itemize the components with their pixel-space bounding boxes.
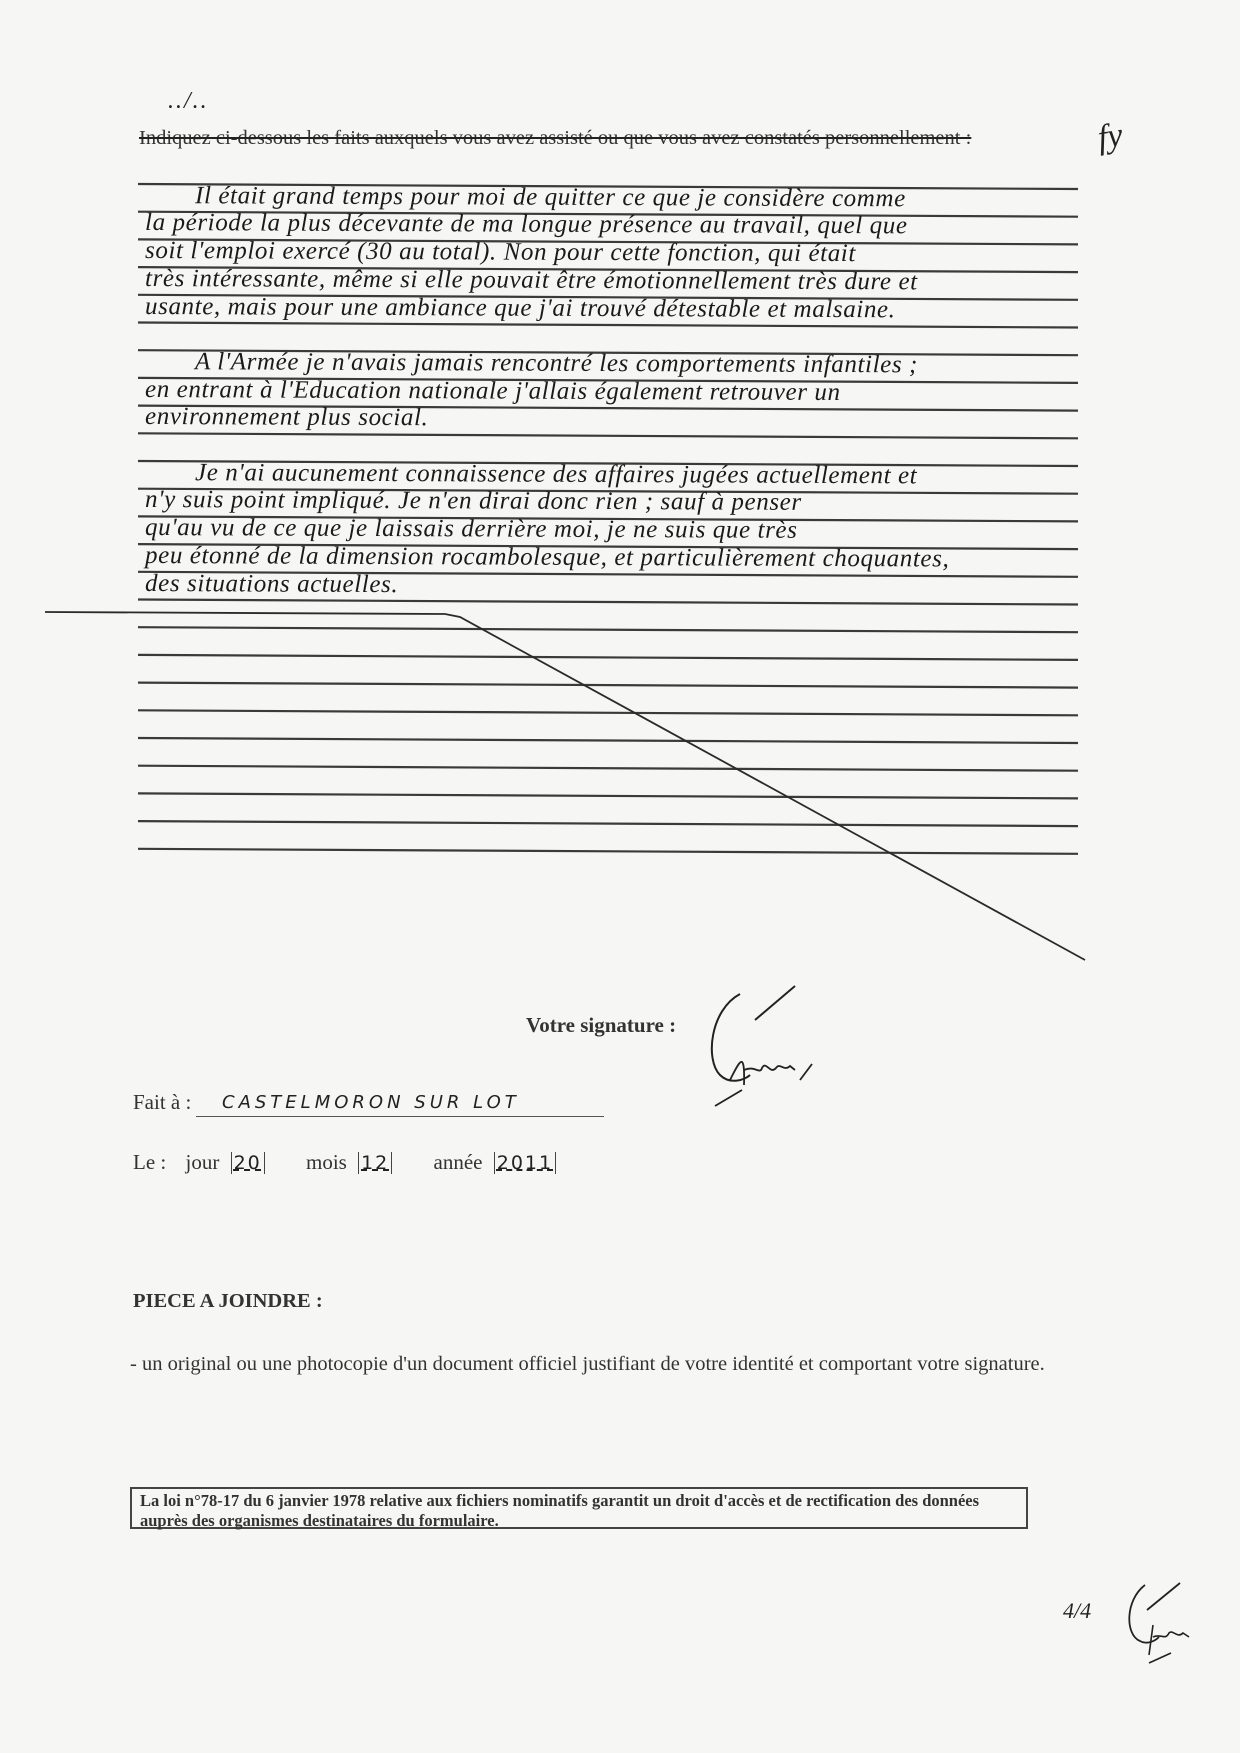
ruled-line xyxy=(138,766,1078,771)
statement-line: très intéressante, même si elle pouvait … xyxy=(145,265,1085,297)
place-label: Fait à : xyxy=(133,1090,191,1115)
place-field-underline xyxy=(196,1116,604,1117)
signature-label: Votre signature : xyxy=(526,1013,676,1038)
statement-line: soit l'emploi exercé (30 au total). Non … xyxy=(145,237,1085,269)
ruled-line xyxy=(138,849,1078,854)
ruled-line xyxy=(138,710,1078,715)
ruled-line xyxy=(138,683,1078,688)
date-label: Le : xyxy=(133,1150,166,1174)
month-label: mois xyxy=(306,1150,347,1174)
day-value[interactable]: 20 xyxy=(231,1152,265,1174)
strike-through-line xyxy=(45,612,1085,960)
year-value[interactable]: 2011 xyxy=(494,1152,556,1174)
statement-line: A l'Armée je n'avais jamais rencontré le… xyxy=(145,348,1135,380)
statement-line: qu'au vu de ce que je laissais derrière … xyxy=(145,514,1085,546)
heading-initials: fy xyxy=(1095,116,1125,157)
ruled-line xyxy=(138,655,1078,660)
attachments-text: - un original ou une photocopie d'un doc… xyxy=(130,1350,1090,1378)
place-value[interactable]: CASTELMORON SUR LOT xyxy=(222,1092,520,1113)
year-label: année xyxy=(434,1150,483,1174)
continuation-mark: ../.. xyxy=(168,88,209,115)
page-number: 4/4 xyxy=(1063,1598,1091,1624)
signature-drawing xyxy=(700,980,870,1115)
legal-notice: La loi n°78-17 du 6 janvier 1978 relativ… xyxy=(130,1487,1028,1529)
footer-initials-signature xyxy=(1125,1575,1205,1670)
statement-line: environnement plus social. xyxy=(145,403,1085,435)
month-value[interactable]: 12 xyxy=(358,1152,392,1174)
day-label: jour xyxy=(185,1150,219,1174)
statement-line: peu étonné de la dimension rocambolesque… xyxy=(145,542,1085,574)
ruled-line xyxy=(138,627,1078,632)
statement-line: usante, mais pour une ambiance que j'ai … xyxy=(145,293,1085,325)
ruled-line xyxy=(138,738,1078,743)
date-row: Le : jour 20 mois 12 année 2011 xyxy=(133,1150,556,1175)
statement-line: des situations actuelles. xyxy=(145,570,1085,602)
ruled-line xyxy=(138,821,1078,826)
ruled-line xyxy=(138,793,1078,798)
attachments-title: PIECE A JOINDRE : xyxy=(133,1290,323,1313)
struck-heading: Indiquez ci-dessous les faits auxquels v… xyxy=(139,127,971,150)
